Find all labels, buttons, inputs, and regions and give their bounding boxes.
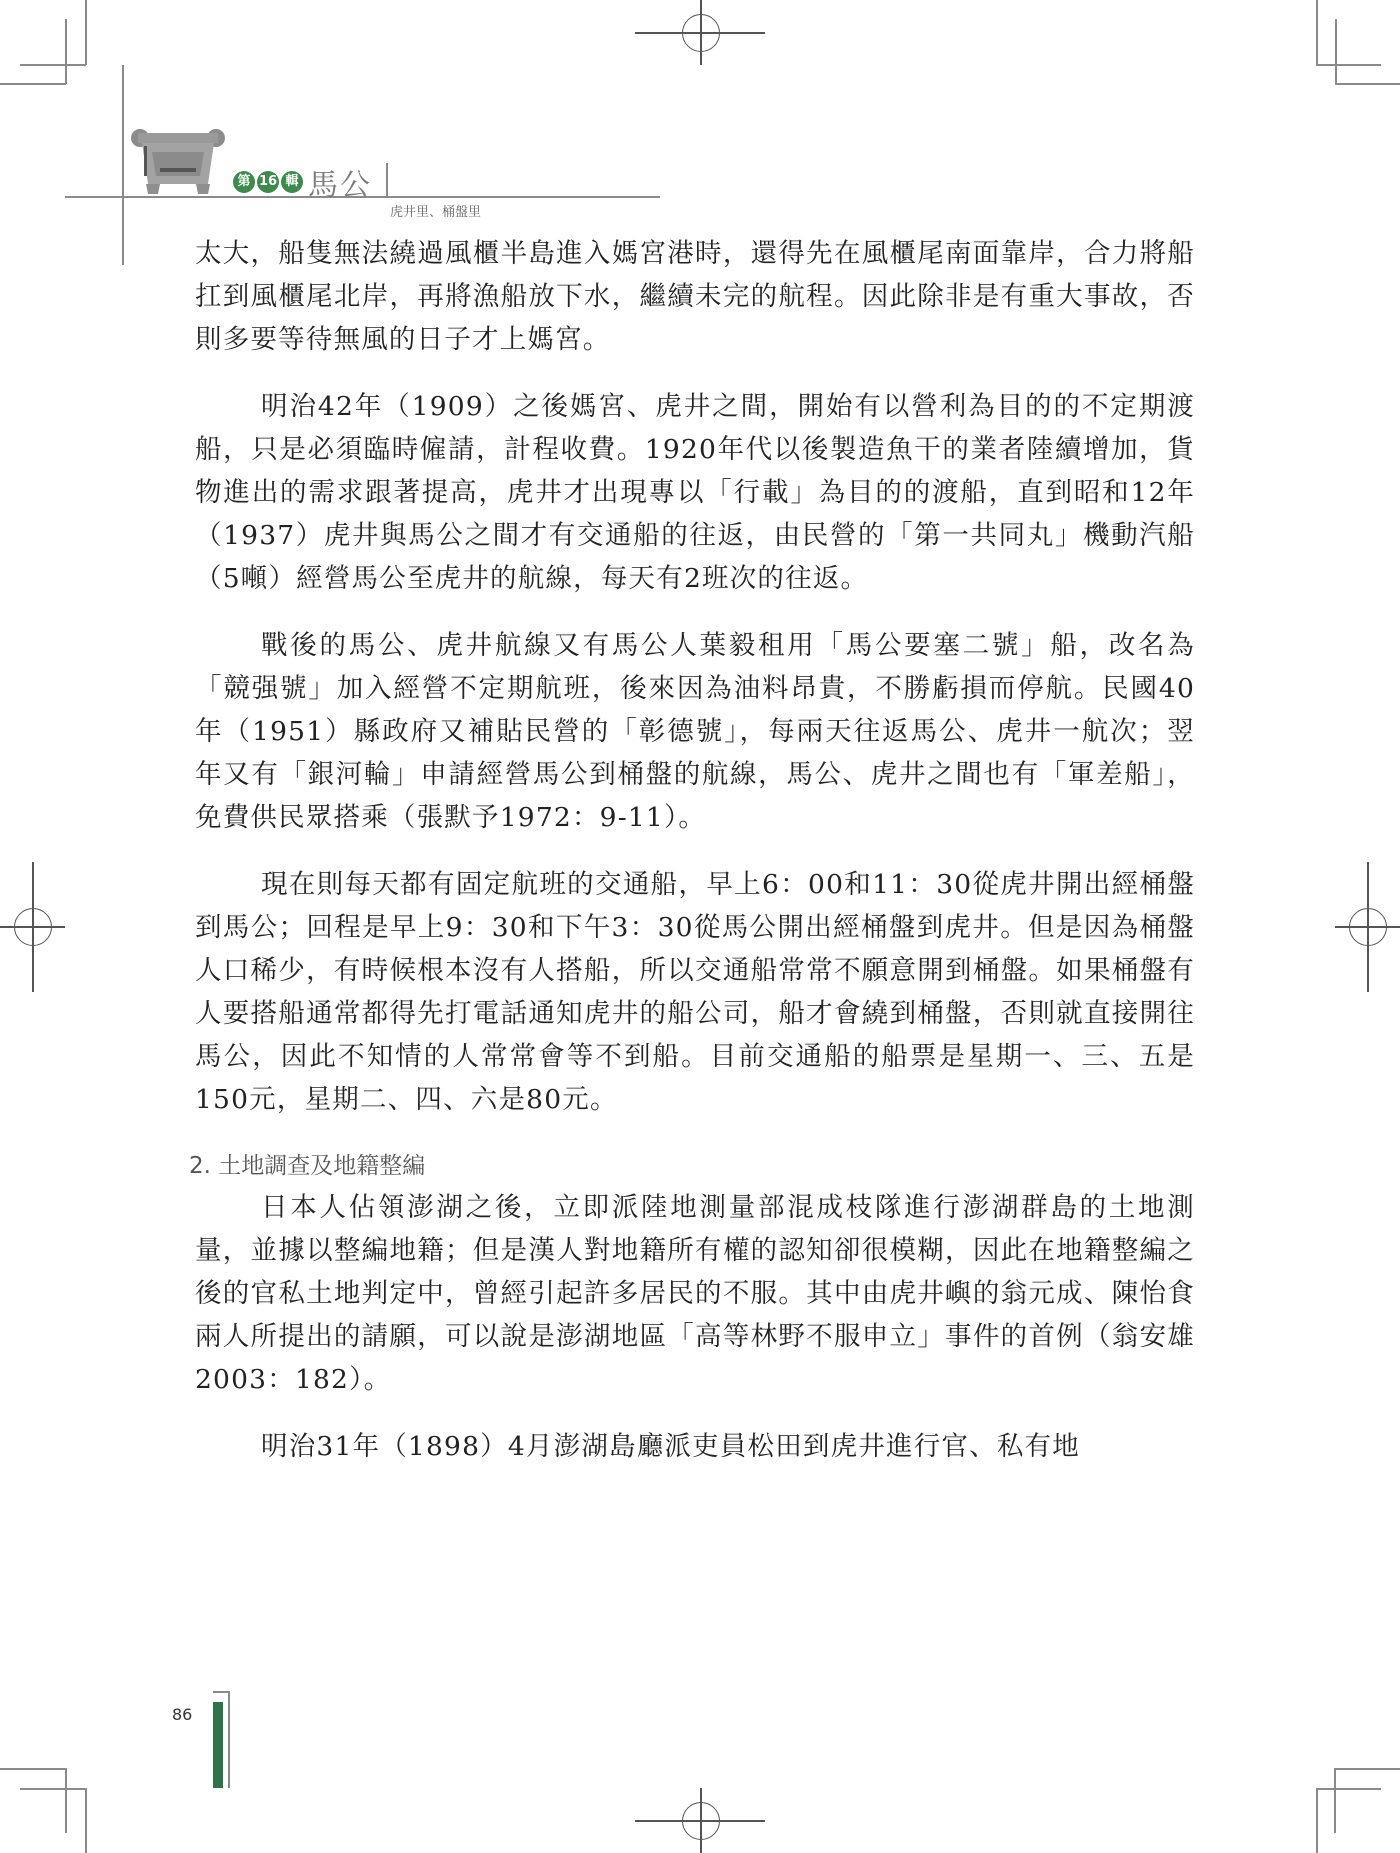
paragraph: 明治42年（1909）之後媽宮、虎井之間，開始有以營利為目的的不定期渡船，只是必… <box>195 385 1195 600</box>
crop-mark <box>65 19 67 84</box>
footer-bracket <box>228 1691 230 1788</box>
paragraph: 太大，船隻無法繞過風櫃半島進入媽宮港時，還得先在風櫃尾南面靠岸，合力將船扛到風櫃… <box>195 232 1195 361</box>
crop-mark <box>85 1788 87 1853</box>
page-body: 太大，船隻無法繞過風櫃半島進入媽宮港時，還得先在風櫃尾南面靠岸，合力將船扛到風櫃… <box>195 232 1195 1492</box>
footer-bracket <box>213 1691 229 1693</box>
crop-mark <box>0 1768 66 1770</box>
crop-mark <box>65 1768 67 1833</box>
volume-badge-number: 16 <box>257 171 279 193</box>
title-divider <box>386 163 388 197</box>
crop-mark <box>1335 19 1337 84</box>
crop-mark <box>1316 64 1381 66</box>
paragraph: 明治31年（1898）4月澎湖島廳派吏員松田到虎井進行官、私有地 <box>195 1425 1195 1468</box>
crop-mark <box>20 1788 86 1790</box>
volume-title: 馬公 <box>308 160 372 204</box>
page-number: 86 <box>172 1705 192 1724</box>
section-heading: 2. 土地調查及地籍整編 <box>189 1147 1195 1180</box>
crop-mark <box>1335 83 1400 85</box>
crop-mark <box>20 64 86 66</box>
crop-mark <box>1334 1768 1336 1833</box>
paragraph: 現在則每天都有固定航班的交通船，早上6：00和11：30從虎井開出經桶盤到馬公；… <box>195 863 1195 1121</box>
crop-mark <box>1334 1768 1400 1770</box>
volume-badge-suffix: 輯 <box>281 171 303 193</box>
volume-badge-prefix: 第 <box>233 171 255 193</box>
chapter-subtitle: 虎井里、桶盤里 <box>390 201 481 220</box>
header-vertical-rule <box>122 65 124 265</box>
stone-incense-burner-logo <box>130 128 225 196</box>
crop-mark <box>1316 1788 1318 1853</box>
page-accent-bar <box>213 1702 223 1788</box>
crop-mark <box>85 0 87 65</box>
paragraph: 日本人佔領澎湖之後，立即派陸地測量部混成枝隊進行澎湖群島的土地測量，並據以整編地… <box>195 1186 1195 1401</box>
crop-mark <box>0 83 66 85</box>
crop-mark <box>1316 0 1318 65</box>
crop-mark <box>1316 1788 1381 1790</box>
paragraph: 戰後的馬公、虎井航線又有馬公人葉毅租用「馬公要塞二號」船，改名為「競强號」加入經… <box>195 624 1195 839</box>
